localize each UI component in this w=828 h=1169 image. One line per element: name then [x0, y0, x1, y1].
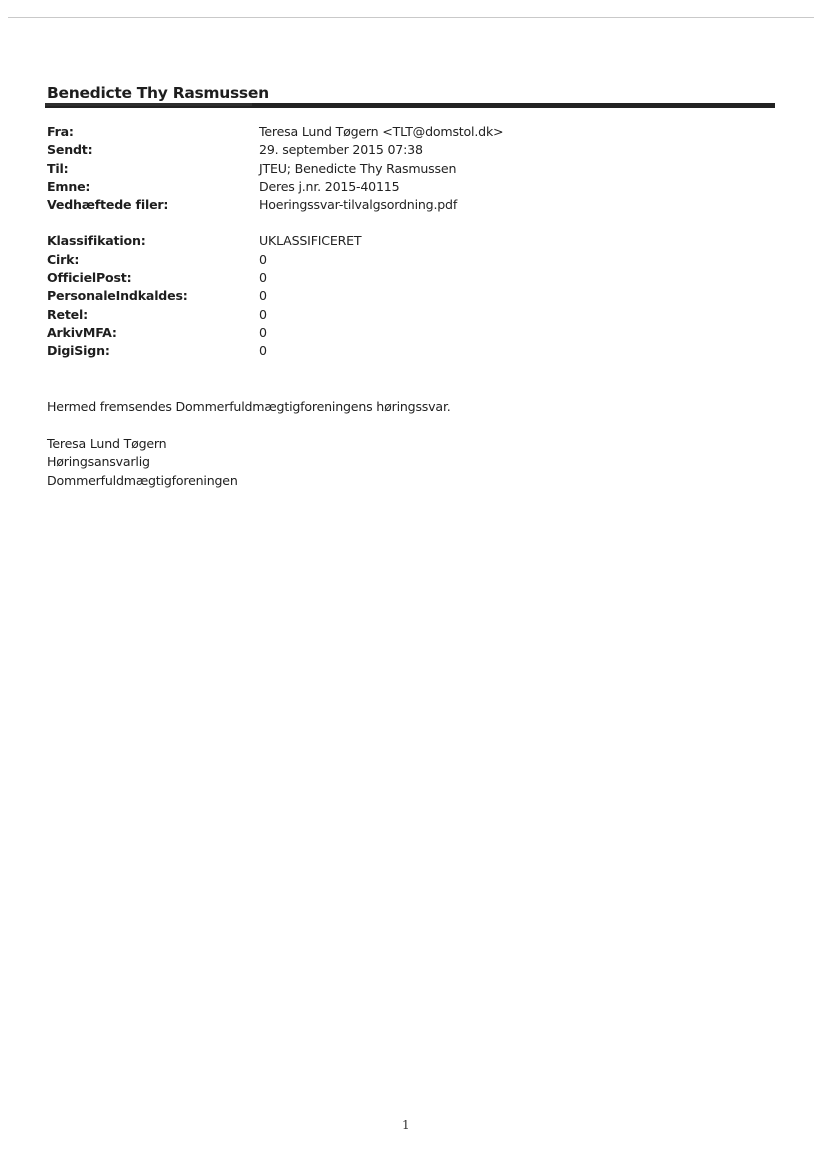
field-value: 0 — [259, 342, 267, 360]
field-value: 0 — [259, 287, 267, 305]
field-label: Sendt: — [47, 141, 259, 159]
field-attachments: Vedhæftede filer: Hoeringssvar-tilvalgso… — [47, 196, 747, 214]
field-personaleindkaldes: PersonaleIndkaldes: 0 — [47, 287, 747, 305]
field-value: Teresa Lund Tøgern <TLT@domstol.dk> — [259, 123, 503, 141]
field-label: Vedhæftede filer: — [47, 196, 259, 214]
field-label: Cirk: — [47, 251, 259, 269]
signature-title: Høringsansvarlig — [47, 453, 451, 472]
field-value: 0 — [259, 251, 267, 269]
scan-top-rule — [8, 17, 814, 18]
field-to: Til: JTEU; Benedicte Thy Rasmussen — [47, 160, 747, 178]
signature-organization: Dommerfuldmægtigforeningen — [47, 472, 451, 491]
field-sent: Sendt: 29. september 2015 07:38 — [47, 141, 747, 159]
field-label: Klassifikation: — [47, 232, 259, 250]
field-label: DigiSign: — [47, 342, 259, 360]
message-text: Hermed fremsendes Dommerfuldmægtigforeni… — [47, 398, 451, 417]
field-label: Fra: — [47, 123, 259, 141]
field-cirk: Cirk: 0 — [47, 251, 747, 269]
field-label: PersonaleIndkaldes: — [47, 287, 259, 305]
field-label: ArkivMFA: — [47, 324, 259, 342]
field-subject: Emne: Deres j.nr. 2015-40115 — [47, 178, 747, 196]
field-value: 0 — [259, 324, 267, 342]
field-classification: Klassifikation: UKLASSIFICERET — [47, 232, 747, 250]
field-retel: Retel: 0 — [47, 306, 747, 324]
field-digisign: DigiSign: 0 — [47, 342, 747, 360]
field-label: Retel: — [47, 306, 259, 324]
spacer — [47, 214, 747, 232]
field-value: 0 — [259, 306, 267, 324]
field-label: OfficielPost: — [47, 269, 259, 287]
sender-title: Benedicte Thy Rasmussen — [47, 84, 269, 102]
field-value: UKLASSIFICERET — [259, 232, 361, 250]
page-number: 1 — [402, 1118, 410, 1132]
field-value: 29. september 2015 07:38 — [259, 141, 423, 159]
field-arkivmfa: ArkivMFA: 0 — [47, 324, 747, 342]
email-metadata: Fra: Teresa Lund Tøgern <TLT@domstol.dk>… — [47, 123, 747, 361]
field-value: Hoeringssvar-tilvalgsordning.pdf — [259, 196, 457, 214]
field-officielpost: OfficielPost: 0 — [47, 269, 747, 287]
field-value: Deres j.nr. 2015-40115 — [259, 178, 399, 196]
field-from: Fra: Teresa Lund Tøgern <TLT@domstol.dk> — [47, 123, 747, 141]
email-body: Hermed fremsendes Dommerfuldmægtigforeni… — [47, 398, 451, 490]
field-value: 0 — [259, 269, 267, 287]
field-value: JTEU; Benedicte Thy Rasmussen — [259, 160, 456, 178]
signature-name: Teresa Lund Tøgern — [47, 435, 451, 454]
field-label: Emne: — [47, 178, 259, 196]
title-divider-left — [45, 103, 252, 106]
field-label: Til: — [47, 160, 259, 178]
